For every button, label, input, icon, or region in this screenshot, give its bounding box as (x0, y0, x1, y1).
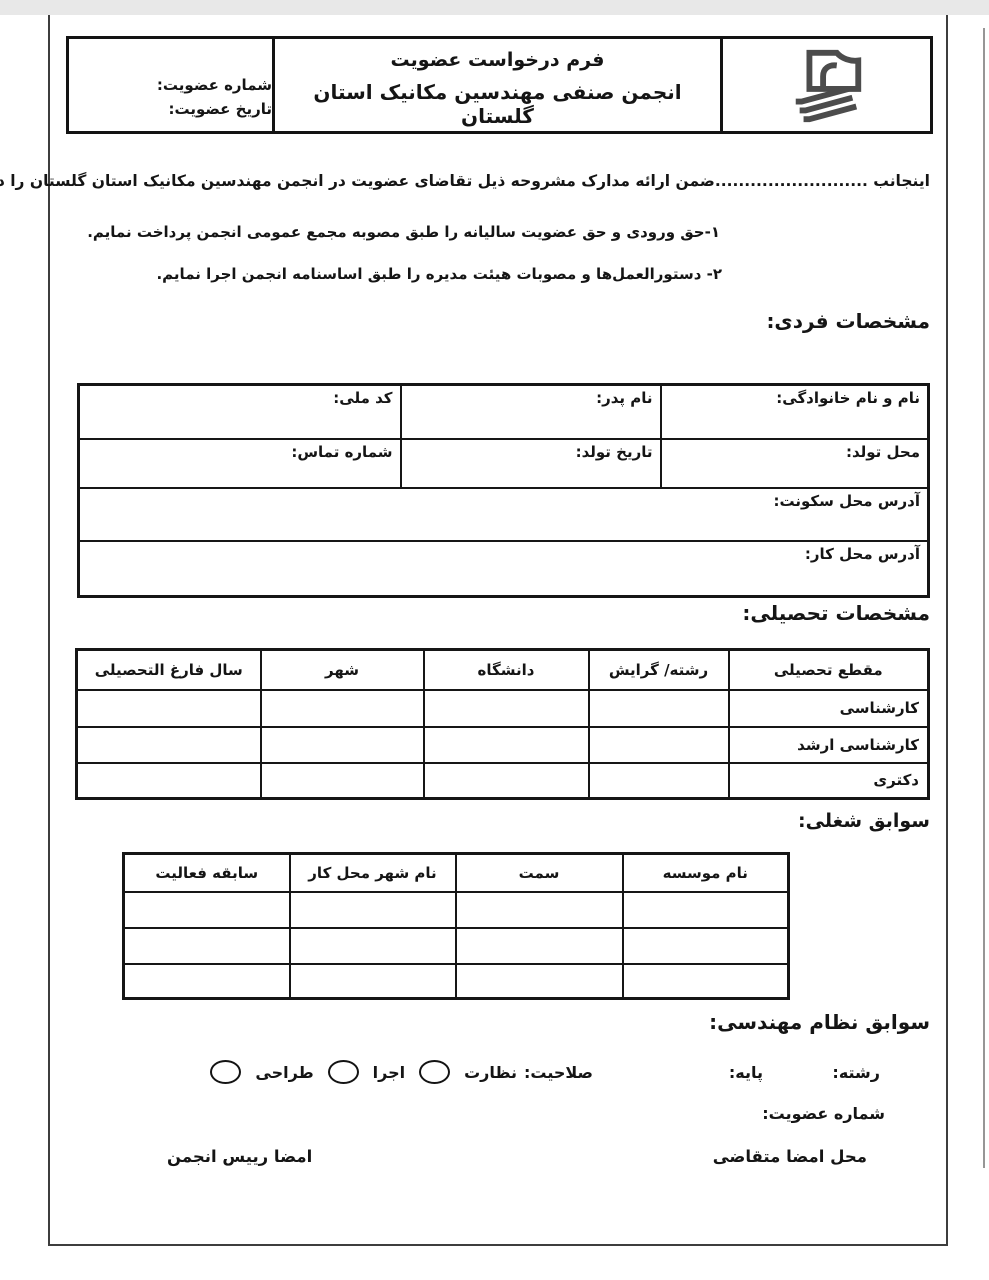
phone-cell[interactable]: شماره تماس: (79, 439, 401, 488)
work-cell[interactable] (124, 892, 290, 928)
full-name-cell[interactable]: نام و نام خانوادگی: (661, 385, 929, 439)
association-logo-icon (779, 43, 875, 127)
work-cell[interactable] (290, 964, 456, 999)
education-header-city: شهر (261, 650, 424, 690)
option-design-label: طراحی (255, 1063, 313, 1082)
work-header-experience: سابقه فعالیت (124, 854, 290, 892)
competency-pair: صلاحیت: نظارت (464, 1063, 593, 1082)
level-master-label: کارشناسی ارشد (729, 727, 929, 763)
education-section-heading: مشخصات تحصیلی: (742, 601, 930, 625)
execution-radio[interactable] (328, 1060, 359, 1084)
grade-label: پایه: (729, 1063, 763, 1082)
president-signature-label: امضا رییس انجمن (167, 1147, 312, 1166)
field-label: رشته: (832, 1063, 880, 1082)
engineering-section-heading: سوابق نظام مهندسی: (709, 1010, 930, 1034)
phone-label: شماره تماس: (291, 443, 392, 461)
membership-info-cell: شماره عضویت: تاریخ عضویت: (69, 39, 272, 131)
education-header-level: مقطع تحصیلی (729, 650, 929, 690)
title-cell: فرم درخواست عضویت انجمن صنفی مهندسین مکا… (272, 39, 720, 131)
level-phd-label: دکتری (729, 763, 929, 799)
personal-section-heading: مشخصات فردی: (766, 309, 930, 333)
page-frame-right (946, 15, 948, 1246)
membership-form-page: فرم درخواست عضویت انجمن صنفی مهندسین مکا… (0, 0, 989, 1280)
education-cell[interactable] (261, 690, 424, 727)
work-cell[interactable] (124, 964, 290, 999)
education-cell[interactable] (424, 727, 589, 763)
work-header-city: نام شهر محل کار (290, 854, 456, 892)
education-cell[interactable] (589, 727, 729, 763)
commitment-item-2: ۲- دستورالعمل‌ها و مصوبات هیئت مدیره را … (156, 265, 722, 283)
education-cell[interactable] (77, 727, 261, 763)
education-header-grad-year: سال فارغ التحصیلی (77, 650, 261, 690)
work-cell[interactable] (623, 964, 789, 999)
national-code-label: کد ملی: (333, 389, 392, 407)
work-address-cell[interactable]: آدرس محل کار: (79, 541, 929, 597)
form-header: فرم درخواست عضویت انجمن صنفی مهندسین مکا… (66, 36, 933, 134)
father-name-label: نام پدر: (596, 389, 652, 407)
supervision-radio[interactable] (419, 1060, 450, 1084)
page-frame-left (48, 15, 50, 1246)
membership-date-label: تاریخ عضویت: (69, 97, 272, 121)
birth-place-label: محل تولد: (846, 443, 920, 461)
education-header-field: رشته/ گرایش (589, 650, 729, 690)
birth-date-cell[interactable]: تاریخ تولد: (401, 439, 661, 488)
engineering-membership-number-label: شماره عضویت: (762, 1104, 885, 1123)
work-cell[interactable] (290, 928, 456, 964)
option-execution-label: اجرا (373, 1063, 405, 1082)
photo-top-edge (0, 0, 989, 15)
education-header-university: دانشگاه (424, 650, 589, 690)
birth-date-label: تاریخ تولد: (576, 443, 653, 461)
education-cell[interactable] (424, 690, 589, 727)
work-address-label: آدرس محل کار: (805, 545, 920, 563)
education-cell[interactable] (589, 763, 729, 799)
photo-right-edge (983, 28, 985, 1168)
work-cell[interactable] (623, 892, 789, 928)
work-cell[interactable] (290, 892, 456, 928)
home-address-label: آدرس محل سکونت: (774, 492, 921, 510)
education-cell[interactable] (589, 690, 729, 727)
work-cell[interactable] (456, 928, 623, 964)
national-code-cell[interactable]: کد ملی: (79, 385, 401, 439)
work-header-institution: نام موسسه (623, 854, 789, 892)
education-cell[interactable] (424, 763, 589, 799)
work-cell[interactable] (456, 964, 623, 999)
work-cell[interactable] (623, 928, 789, 964)
work-history-table: نام موسسه سمت نام شهر محل کار سابقه فعال… (122, 852, 790, 1000)
father-name-cell[interactable]: نام پدر: (401, 385, 661, 439)
membership-number-label: شماره عضویت: (69, 73, 272, 97)
logo-cell (720, 39, 930, 131)
work-cell[interactable] (456, 892, 623, 928)
option-supervision-label: نظارت (464, 1063, 517, 1082)
education-cell[interactable] (77, 690, 261, 727)
work-cell[interactable] (124, 928, 290, 964)
home-address-cell[interactable]: آدرس محل سکونت: (79, 488, 929, 541)
birth-place-cell[interactable]: محل تولد: (661, 439, 929, 488)
design-radio[interactable] (210, 1060, 241, 1084)
education-cell[interactable] (261, 763, 424, 799)
education-cell[interactable] (77, 763, 261, 799)
full-name-label: نام و نام خانوادگی: (776, 389, 920, 407)
association-name: انجمن صنفی مهندسین مکانیک استان گلستان (275, 80, 720, 128)
competency-options-row: صلاحیت: نظارت اجرا طراحی (210, 1060, 593, 1084)
level-bachelor-label: کارشناسی (729, 690, 929, 727)
page-frame-bottom (48, 1244, 948, 1246)
education-cell[interactable] (261, 727, 424, 763)
personal-info-table: نام و نام خانوادگی: نام پدر: کد ملی: محل… (77, 383, 930, 598)
work-header-position: سمت (456, 854, 623, 892)
applicant-signature-label: محل امضا متقاضی (713, 1147, 867, 1166)
form-title: فرم درخواست عضویت (275, 49, 720, 71)
education-table: مقطع تحصیلی رشته/ گرایش دانشگاه شهر سال … (75, 648, 930, 800)
work-section-heading: سوابق شغلی: (798, 810, 930, 832)
commitment-item-1: ۱-حق ورودی و حق عضویت سالیانه را طبق مصو… (87, 223, 720, 241)
competency-label: صلاحیت: (524, 1063, 593, 1082)
intro-paragraph: اینجانب ..........................ضمن ار… (0, 172, 930, 190)
